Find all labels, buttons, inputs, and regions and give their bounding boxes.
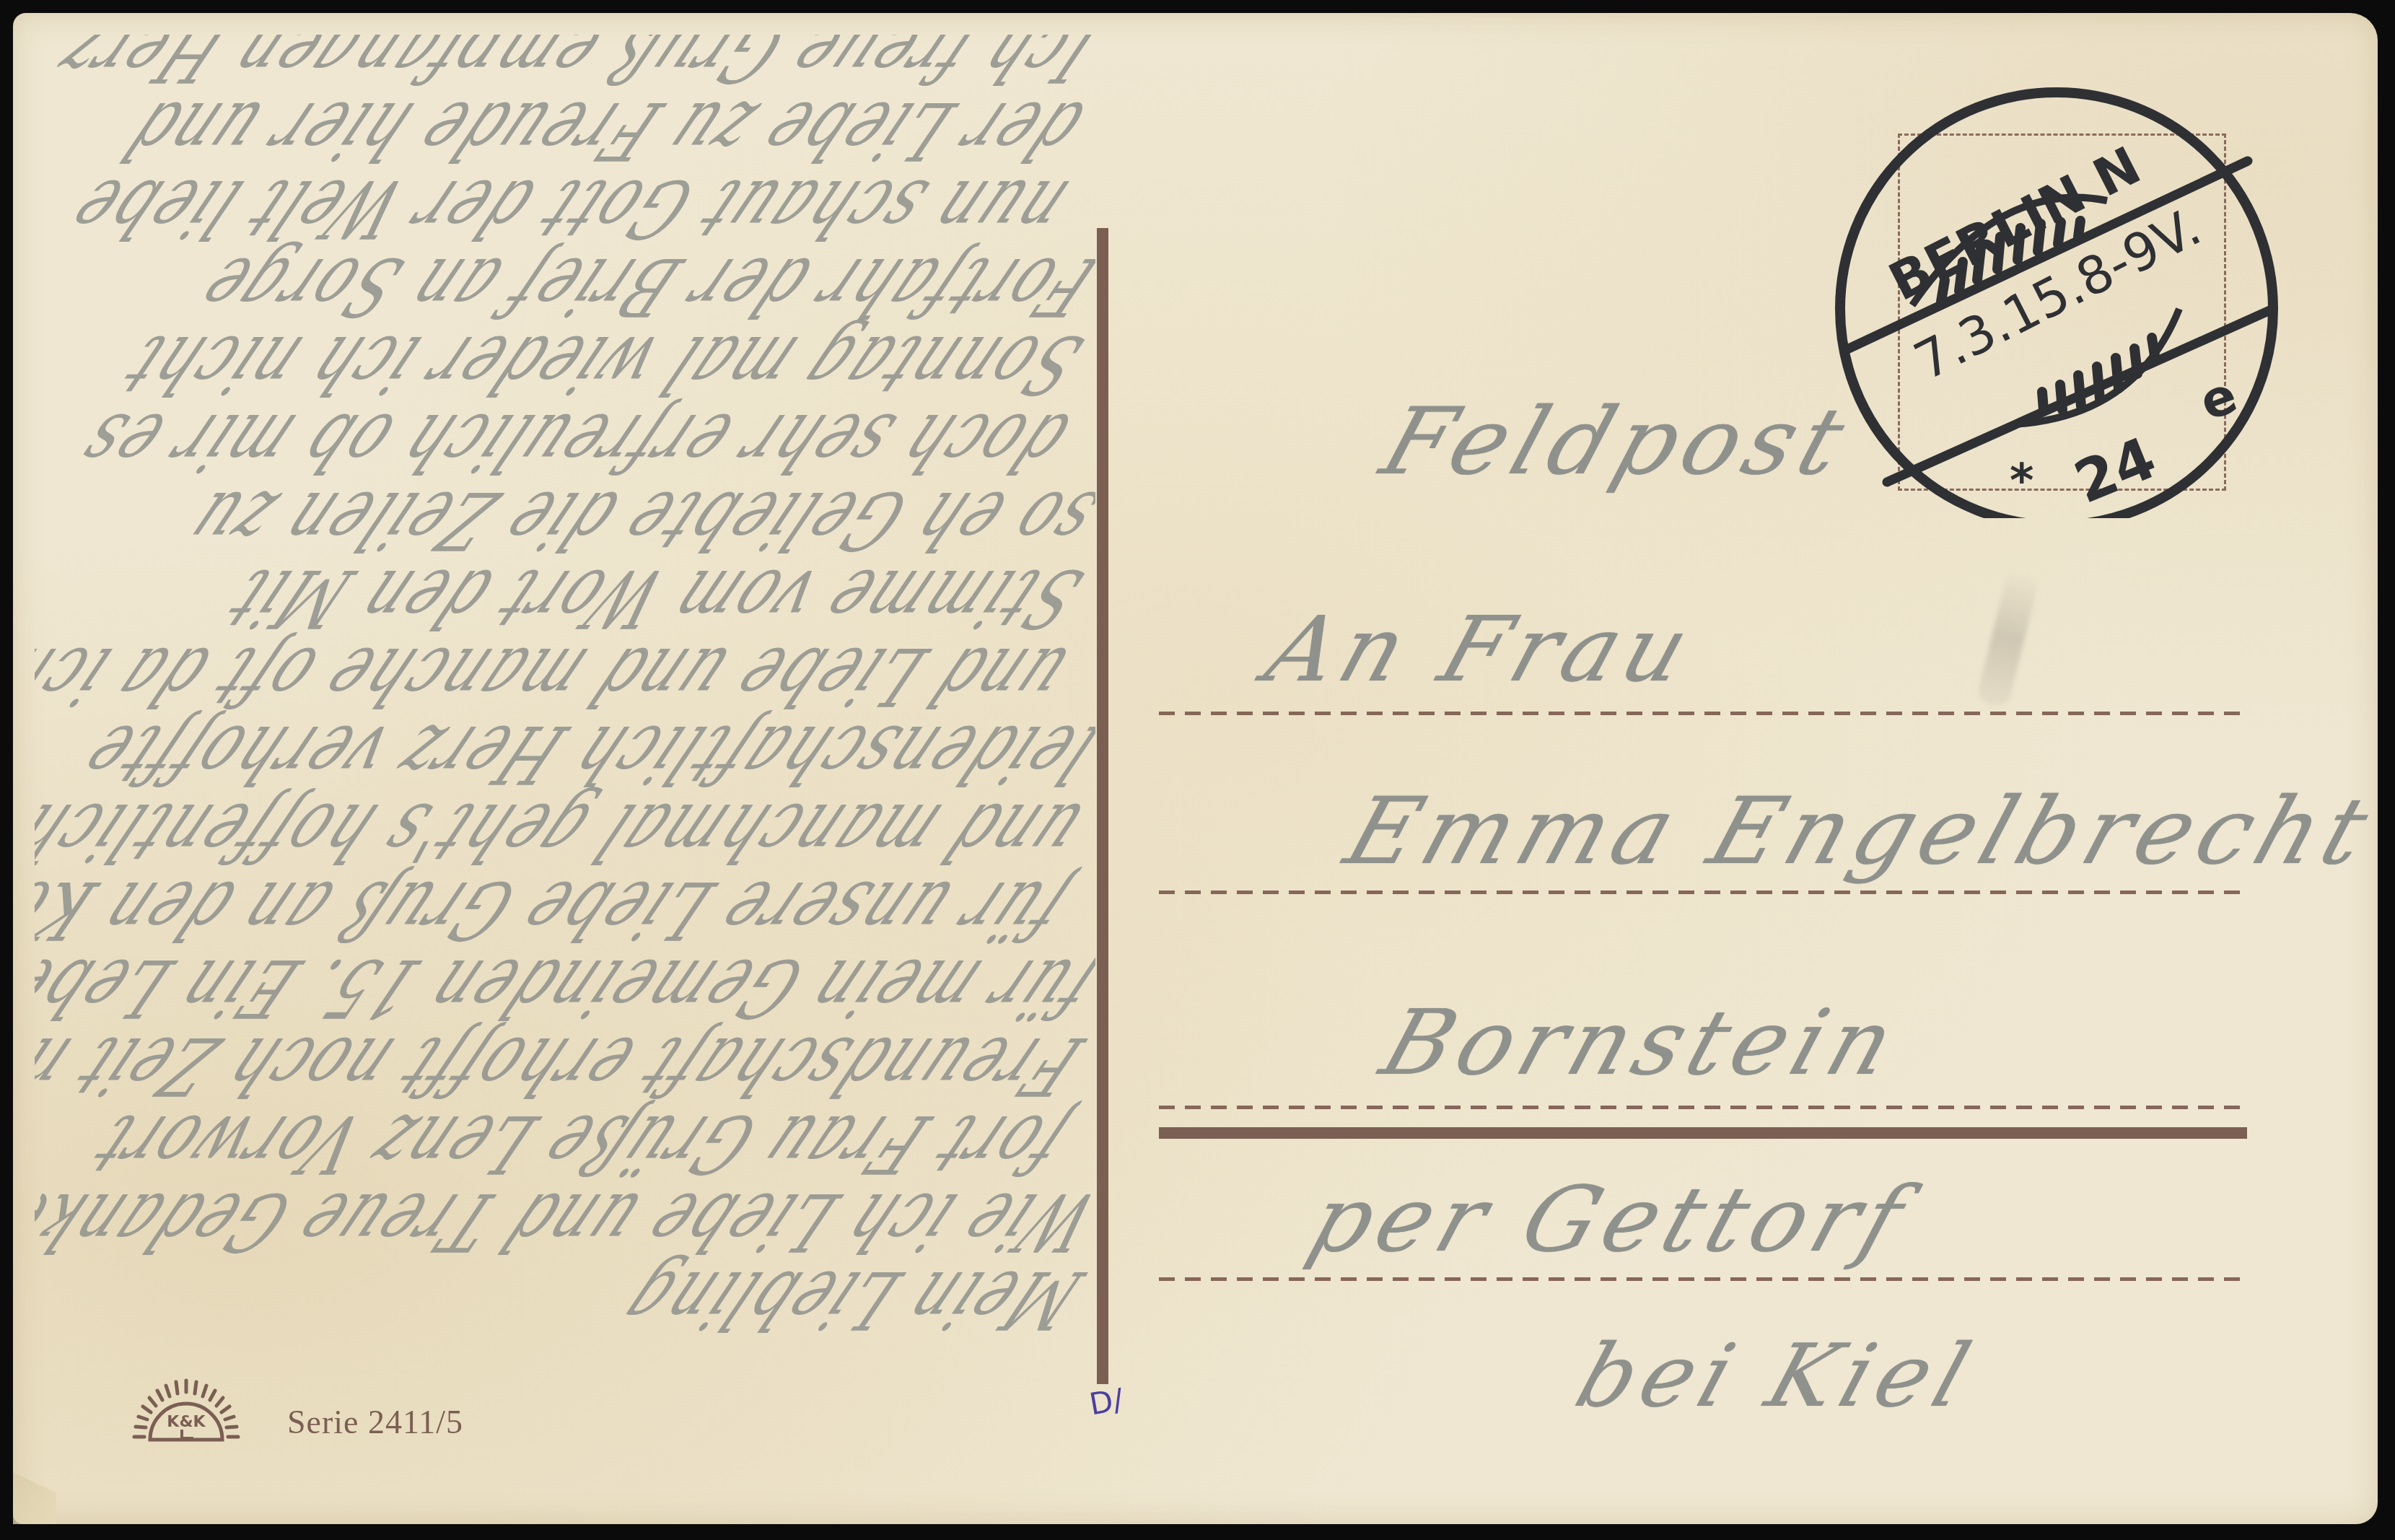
address-recipient-name: Emma Engelbrecht bbox=[1334, 778, 2388, 885]
address-via: per Gettorf bbox=[1297, 1168, 1922, 1272]
address-dashed-line-2 bbox=[1159, 891, 2247, 894]
address-recipient-salutation: An Frau bbox=[1254, 598, 1708, 702]
address-town: Bornstein bbox=[1370, 991, 1913, 1095]
series-number: Serie 2411/5 bbox=[287, 1403, 463, 1441]
postcard: Mein LieblingWie ich Liebe und Treue Ged… bbox=[13, 13, 2378, 1524]
publisher-logo-text: K&K bbox=[167, 1413, 206, 1431]
address-solid-line bbox=[1159, 1127, 2247, 1139]
address-dashed-line-1 bbox=[1159, 712, 2247, 715]
publisher-imprint: K&K Serie 2411/5 bbox=[128, 1375, 463, 1447]
postmark-icon: BERLIN N 7.3.15.8-9V. e 24 * bbox=[1833, 71, 2280, 518]
handwritten-message: Mein LieblingWie ich Liebe und Treue Ged… bbox=[35, 35, 1095, 1348]
erased-smudge bbox=[1976, 568, 2041, 709]
center-divider bbox=[1097, 228, 1108, 1384]
address-dashed-line-3 bbox=[1159, 1106, 2247, 1109]
address-region: bei Kiel bbox=[1564, 1326, 1988, 1427]
blue-pen-mark: D/ bbox=[1087, 1381, 1126, 1422]
publisher-sun-logo-icon: K&K bbox=[128, 1375, 244, 1447]
postmark-star: * bbox=[2010, 455, 2033, 508]
corner-crease bbox=[13, 1472, 56, 1524]
address-feldpost: Feldpost bbox=[1370, 388, 1864, 496]
postmark-letter: e bbox=[2192, 365, 2245, 432]
address-dashed-line-4 bbox=[1159, 1277, 2247, 1281]
message-line: Ich freue Gruß empfangen Herz, Ihr bbox=[35, 35, 1095, 99]
